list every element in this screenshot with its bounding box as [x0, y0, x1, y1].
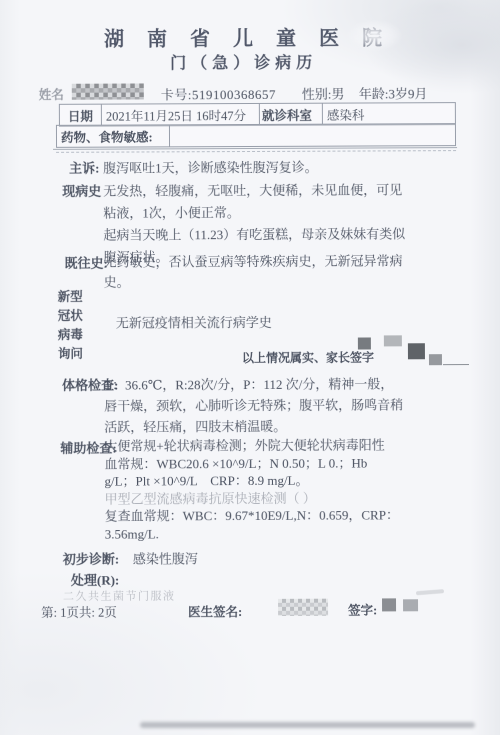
covid-inquiry-label: 新型 冠状 病毒 询问: [58, 288, 83, 364]
auxiliary-exam-line: g/L；Plt ×10^9/L CRP：8.9 mg/L。: [104, 471, 398, 490]
auxiliary-exam-line: 3.56mg/L.: [105, 524, 399, 543]
record-content: 湖 南 省 儿 童 医 院 门（急）诊病历 姓名 卡号:519100368657…: [0, 0, 500, 735]
auxiliary-exam-line: 血常规：WBC20.6 ×10^9/L；N 0.50；L 0.；Hb: [104, 454, 398, 473]
chief-complaint-text: 腹泻呕吐1天，诊断感染性腹泻复诊。: [103, 157, 318, 177]
doctor-signature-label: 医生签名:: [188, 602, 242, 620]
dept-label: 就诊科室: [262, 105, 312, 123]
present-illness-line: 起病当天晚上（11.23）有吃蛋糕，母亲及妹妹有类似: [103, 223, 405, 246]
allergy-value-cell: [169, 124, 455, 146]
present-illness-line: 无发热，轻腹痛，无呕吐，大便稀，未见血便，可见: [103, 179, 405, 202]
sign-label: 签字:: [348, 600, 377, 618]
patient-name-redaction-mosaic: [72, 83, 144, 99]
name-label: 姓名: [39, 85, 64, 103]
date-value-cell: 2021年11月25日 16时47分: [101, 104, 259, 126]
date-value: 2021年11月25日 16时47分: [106, 106, 246, 125]
allergy-table-row: 药物、食物敏感:: [56, 123, 456, 148]
guardian-signature-redaction-square: [429, 354, 442, 365]
physical-exam-line: T：36.6℃，R:28次/分，P：112 次/分，精神一般，: [104, 373, 403, 395]
page-count: 第: 1页共: 2页: [41, 603, 117, 621]
sign-redaction-square: [403, 599, 418, 611]
patient-age: 年龄:3岁9月: [359, 83, 428, 102]
diagnosis-label: 初步诊断:: [63, 549, 119, 568]
auxiliary-exam-line: 甲型乙型流感病毒抗原快速检测（ ）: [105, 489, 399, 508]
guardian-signature-redaction-square: [358, 337, 371, 349]
auxiliary-exam-line: 大便常规+轮状病毒检测；外院大便轮状病毒阳性: [104, 436, 398, 455]
guardian-confirm-text: 以上情况属实、家长签字: [242, 348, 374, 366]
covid-inquiry-text: 无新冠疫情相关流行病学史: [116, 312, 272, 332]
faint-scribble-mark: [416, 589, 444, 595]
allergy-label: 药物、食物敏感:: [61, 127, 153, 145]
guardian-signature-underline: [443, 364, 469, 365]
past-history-line: 史。: [104, 271, 403, 292]
treatment-rx-faint-text: 二久共生菌节门服液: [63, 587, 176, 603]
medical-record-paper: 湖 南 省 儿 童 医 院 门（急）诊病历 姓名 卡号:519100368657…: [0, 0, 500, 735]
physical-exam-line: 唇干燥，颈软，心肺听诊无特殊；腹平软，肠鸣音稍: [104, 394, 403, 416]
dept-value-cell: 感染科: [322, 103, 455, 125]
dept-label-cell: 就诊科室: [259, 104, 322, 125]
auxiliary-exam-text: 大便常规+轮状病毒检测；外院大便轮状病毒阳性 血常规：WBC20.6 ×10^9…: [104, 436, 399, 542]
paper-bottom-edge-shadow: [140, 722, 475, 728]
covid-label-line: 询问: [58, 345, 83, 364]
document-type-title: 门（急）诊病历: [0, 49, 479, 74]
dept-value: 感染科: [327, 105, 365, 123]
present-illness-label: 现病史: [62, 181, 101, 200]
past-history-text: 无药敏史，否认蚕豆病等特殊疾病史，无新冠异常病 史。: [103, 251, 402, 292]
date-label-cell: 日期: [60, 105, 101, 126]
treatment-label: 处理(R):: [71, 570, 119, 589]
doctor-signature-redaction-mosaic: [278, 599, 328, 616]
sign-redaction-square: [382, 598, 396, 611]
covid-label-line: 病毒: [58, 326, 83, 345]
past-history-line: 无药敏史，否认蚕豆病等特殊疾病史，无新冠异常病: [103, 251, 402, 272]
title-washout-spot: [346, 19, 402, 51]
physical-exam-text: T：36.6℃，R:28次/分，P：112 次/分，精神一般， 唇干燥，颈软，心…: [104, 373, 403, 437]
past-history-label: 既往史:: [64, 253, 107, 272]
auxiliary-exam-line: 复查血常规：WBC：9.67*10E9/L,N：0.659，CRP：: [105, 506, 399, 525]
chief-complaint-label: 主诉:: [69, 158, 99, 177]
hospital-title: 湖 南 省 儿 童 医 院: [0, 21, 483, 52]
date-label: 日期: [68, 106, 93, 124]
card-number: 卡号:519100368657: [161, 84, 276, 104]
allergy-label-cell: 药物、食物敏感:: [57, 125, 169, 146]
separator-line-2: [56, 150, 456, 153]
covid-label-line: 新型: [58, 288, 83, 307]
patient-gender: 性别:男: [302, 84, 345, 103]
guardian-signature-redaction-square: [384, 335, 402, 346]
physical-exam-line: 活跃，轻压痛，四肢末梢温暖。: [104, 415, 403, 437]
present-illness-line: 粘液，1次，小便正常。: [103, 201, 405, 224]
covid-label-line: 冠状: [58, 307, 83, 326]
guardian-signature-redaction-square: [408, 343, 425, 359]
diagnosis-text: 感染性腹泻: [133, 548, 198, 567]
